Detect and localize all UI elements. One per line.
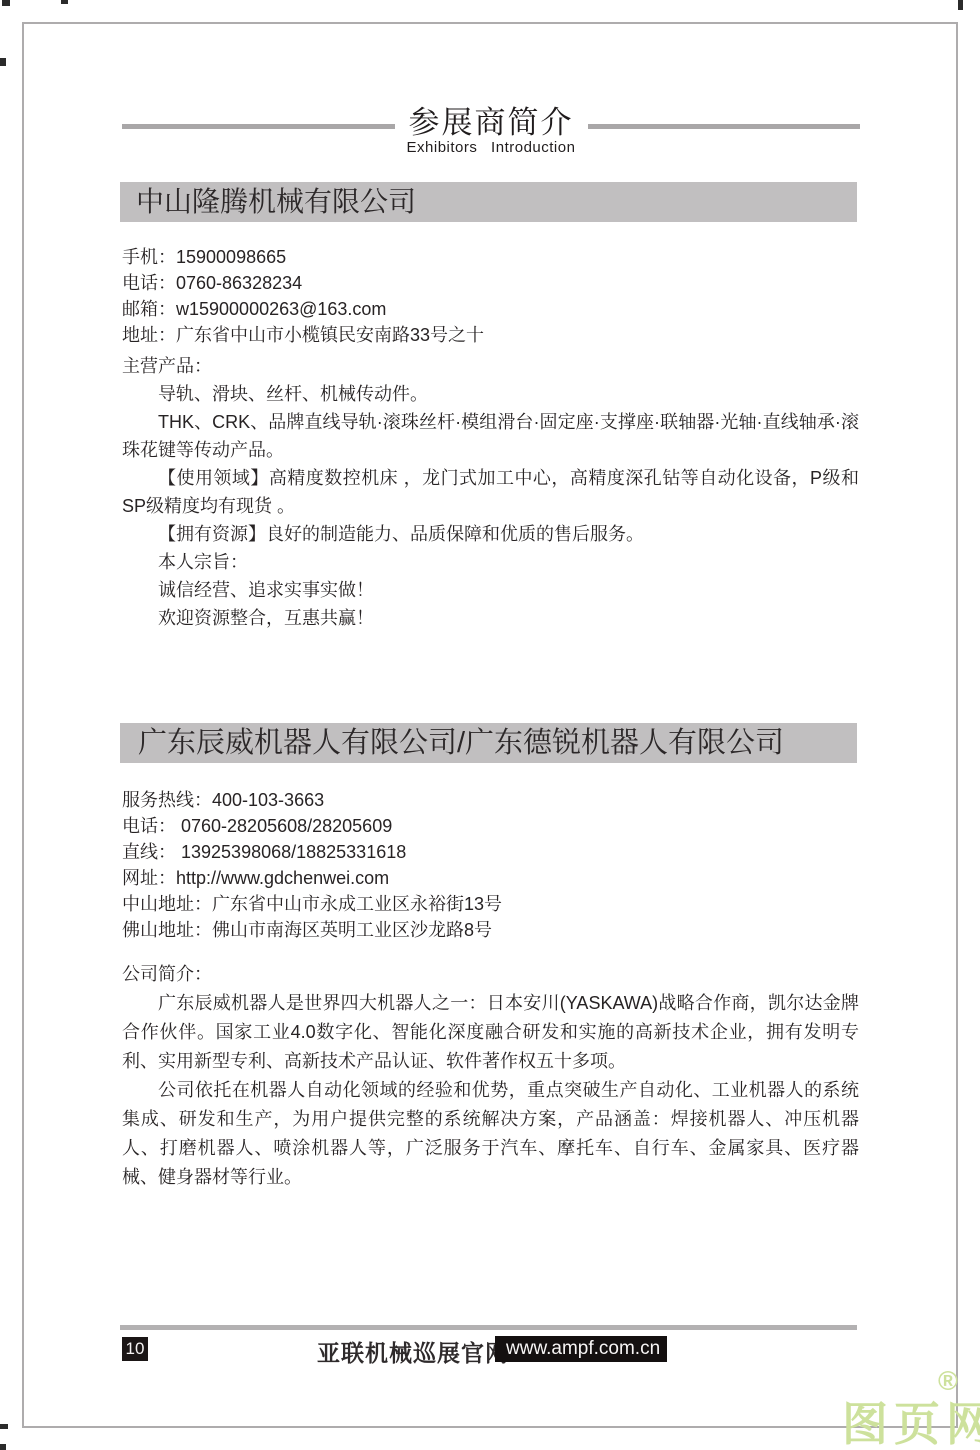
paragraph: 诚信经营、追求实事实做！ xyxy=(122,576,859,604)
paragraph: 主营产品： xyxy=(122,352,859,380)
page-title: 参展商简介 xyxy=(409,97,574,142)
contact-line: 服务热线：400-103-3663 xyxy=(122,787,858,813)
paragraph: 欢迎资源整合，互惠共赢！ xyxy=(122,604,859,632)
paragraph: 公司简介： xyxy=(122,960,859,989)
contact-block: 手机：15900098665 电话：0760-86328234 邮箱：w1590… xyxy=(122,244,858,348)
scan-mark xyxy=(0,1424,8,1429)
scan-mark xyxy=(2,0,10,6)
title-rule-left xyxy=(122,124,395,129)
contact-block: 服务热线：400-103-3663 电话： 0760-28205608/2820… xyxy=(122,787,858,943)
contact-line: 电话： 0760-28205608/28205609 xyxy=(122,813,858,839)
scan-mark xyxy=(61,0,68,4)
contact-line: 地址：广东省中山市小榄镇民安南路33号之十 xyxy=(122,322,858,348)
contact-line: 网址：http://www.gdchenwei.com xyxy=(122,865,858,891)
contact-line: 直线： 13925398068/18825331618 xyxy=(122,839,858,865)
page-subtitle: Exhibitors Introduction xyxy=(122,139,860,156)
page-number-badge: 10 xyxy=(122,1337,148,1361)
contact-line: 电话：0760-86328234 xyxy=(122,270,858,296)
scan-mark xyxy=(958,0,963,10)
company-banner: 广东辰威机器人有限公司/广东德锐机器人有限公司 xyxy=(120,723,857,763)
title-rule-right xyxy=(588,124,861,129)
paragraph: 广东辰威机器人是世界四大机器人之一：日本安川(YASKAWA)战略合作商，凯尔达… xyxy=(122,989,859,1076)
paragraph: 导轨、滑块、丝杆、机械传动件。 xyxy=(122,380,859,408)
footer-rule xyxy=(120,1325,857,1330)
scan-mark xyxy=(0,58,6,66)
paragraph: 【拥有资源】良好的制造能力、品质保障和优质的售后服务。 xyxy=(122,520,859,548)
contact-line: 手机：15900098665 xyxy=(122,244,858,270)
footer-url-box: www.ampf.com.cn xyxy=(495,1336,667,1362)
company-description: 公司简介： 广东辰威机器人是世界四大机器人之一：日本安川(YASKAWA)战略合… xyxy=(122,960,859,1192)
contact-line: 佛山地址：佛山市南海区英明工业区沙龙路8号 xyxy=(122,917,858,943)
paragraph: 【使用领域】高精度数控机床 ，龙门式加工中心，高精度深孔钻等自动化设备，P级和S… xyxy=(122,464,859,520)
scan-mark xyxy=(0,1444,6,1450)
paragraph: 公司依托在机器人自动化领域的经验和优势，重点突破生产自动化、工业机器人的系统集成… xyxy=(122,1076,859,1192)
section-header: 参展商简介 xyxy=(122,98,860,140)
paragraph: THK、CRK、品牌直线导轨·滚珠丝杆·模组滑台·固定座·支撑座·联轴器·光轴·… xyxy=(122,408,859,464)
company-description: 主营产品： 导轨、滑块、丝杆、机械传动件。 THK、CRK、品牌直线导轨·滚珠丝… xyxy=(122,352,859,632)
registered-trademark-icon: ® xyxy=(938,1366,958,1397)
watermark: 图页网 xyxy=(842,1388,980,1450)
footer-site-label: 亚联机械巡展官网 xyxy=(317,1335,509,1368)
company-banner: 中山隆腾机械有限公司 xyxy=(120,182,857,222)
contact-line: 中山地址：广东省中山市永成工业区永裕街13号 xyxy=(122,891,858,917)
contact-line: 邮箱：w15900000263@163.com xyxy=(122,296,858,322)
paragraph: 本人宗旨： xyxy=(122,548,859,576)
